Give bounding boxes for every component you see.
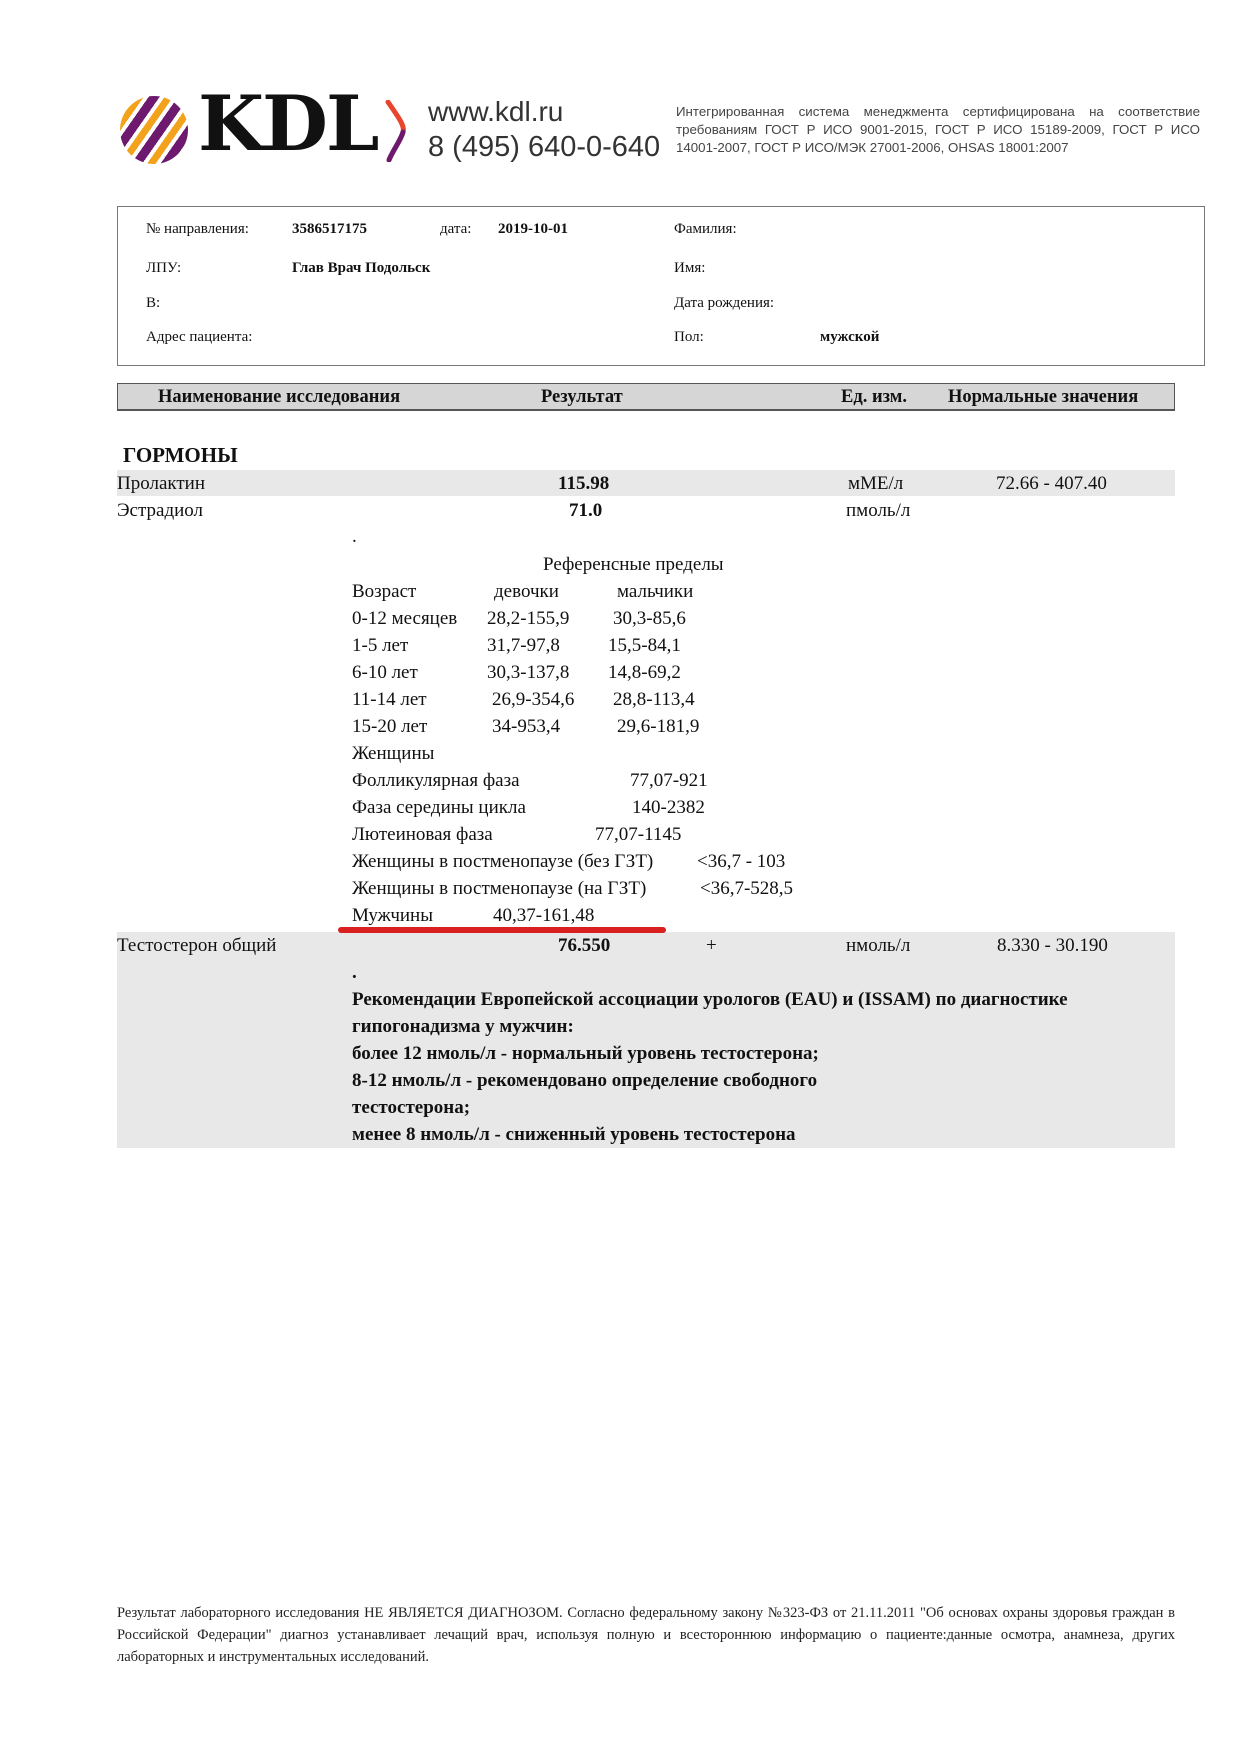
- surname-label: Фамилия:: [674, 222, 737, 237]
- lpu-value: Глав Врач Подольск: [292, 261, 430, 276]
- chevron-right-icon: [385, 100, 407, 162]
- section-title: ГОРМОНЫ: [123, 445, 238, 466]
- date-label: дата:: [440, 222, 471, 237]
- test-name: Эстрадиол: [117, 501, 203, 520]
- ref-age: 6-10 лет: [352, 663, 418, 682]
- referral-value: 3586517175: [292, 222, 367, 237]
- logo-text: KDL: [198, 86, 377, 162]
- ref-dot: .: [352, 527, 357, 546]
- ref-boys: 15,5-84,1: [608, 636, 681, 655]
- note-line: Рекомендации Европейской ассоциации урол…: [352, 990, 1068, 1009]
- certification-text: Интегрированная система менеджмента серт…: [676, 103, 1200, 157]
- ref-col-girls: девочки: [494, 582, 559, 601]
- ref-col-age: Возраст: [352, 582, 416, 601]
- kdl-logo-icon: [120, 96, 188, 164]
- ref-boys: 30,3-85,6: [613, 609, 686, 628]
- ref-col-boys: мальчики: [617, 582, 693, 601]
- ref-women-value: 77,07-921: [630, 771, 708, 790]
- ref-boys: 29,6-181,9: [617, 717, 699, 736]
- ref-age: 15-20 лет: [352, 717, 427, 736]
- table-row-testosterone: [117, 932, 1175, 1148]
- ref-age: 11-14 лет: [352, 690, 427, 709]
- test-range: 8.330 - 30.190: [997, 936, 1108, 955]
- footer-disclaimer: Результат лабораторного исследования НЕ …: [117, 1602, 1175, 1668]
- name-label: Имя:: [674, 261, 705, 276]
- test-result: 76.550: [558, 936, 610, 955]
- col-header-name: Наименование исследования: [158, 388, 400, 407]
- results-table-header: Наименование исследования Результат Ед. …: [117, 383, 1175, 411]
- ref-title: Референсные пределы: [543, 555, 724, 574]
- ref-girls: 34-953,4: [492, 717, 560, 736]
- test-name: Пролактин: [117, 474, 205, 493]
- col-header-result: Результат: [541, 388, 623, 407]
- sex-label: Пол:: [674, 330, 704, 345]
- test-unit: нмоль/л: [846, 936, 910, 955]
- ref-women-phase: Женщины в постменопаузе (без ГЗТ): [352, 852, 653, 871]
- ref-women-phase: Женщины в постменопаузе (на ГЗТ): [352, 879, 646, 898]
- test-result: 71.0: [569, 501, 602, 520]
- col-header-range: Нормальные значения: [948, 388, 1138, 407]
- ref-boys: 28,8-113,4: [613, 690, 695, 709]
- ref-women-phase: Лютеиновая фаза: [352, 825, 493, 844]
- note-dot: .: [352, 963, 357, 982]
- phone-number: 8 (495) 640-0-640: [428, 133, 660, 162]
- ref-women-value: 140-2382: [632, 798, 705, 817]
- test-range: 72.66 - 407.40: [996, 474, 1107, 493]
- test-result: 115.98: [558, 474, 609, 493]
- birthdate-label: Дата рождения:: [674, 296, 774, 311]
- ref-women-value: <36,7-528,5: [700, 879, 793, 898]
- ref-girls: 30,3-137,8: [487, 663, 569, 682]
- test-flag: +: [706, 936, 717, 955]
- col-header-unit: Ед. изм.: [841, 388, 907, 407]
- address-label: Адрес пациента:: [146, 330, 252, 345]
- v-label: В:: [146, 296, 160, 311]
- note-line: тестостерона;: [352, 1098, 470, 1117]
- ref-age: 0-12 месяцев: [352, 609, 457, 628]
- sex-value: мужской: [820, 330, 879, 345]
- lpu-label: ЛПУ:: [146, 261, 181, 276]
- ref-age: 1-5 лет: [352, 636, 408, 655]
- test-unit: пмоль/л: [846, 501, 910, 520]
- date-value: 2019-10-01: [498, 222, 568, 237]
- note-line: менее 8 нмоль/л - сниженный уровень тест…: [352, 1125, 796, 1144]
- note-line: более 12 нмоль/л - нормальный уровень те…: [352, 1044, 819, 1063]
- note-line: 8-12 нмоль/л - рекомендовано определение…: [352, 1071, 817, 1090]
- referral-label: № направления:: [146, 222, 249, 237]
- ref-women-value: <36,7 - 103: [697, 852, 785, 871]
- ref-girls: 28,2-155,9: [487, 609, 569, 628]
- patient-info-box: [117, 206, 1205, 366]
- ref-women-label: Женщины: [352, 744, 434, 763]
- ref-women-value: 77,07-1145: [595, 825, 681, 844]
- ref-women-phase: Фолликулярная фаза: [352, 771, 520, 790]
- website-link[interactable]: www.kdl.ru: [428, 98, 563, 126]
- ref-women-phase: Фаза середины цикла: [352, 798, 526, 817]
- ref-men-label: Мужчины: [352, 906, 433, 925]
- ref-boys: 14,8-69,2: [608, 663, 681, 682]
- ref-girls: 31,7-97,8: [487, 636, 560, 655]
- red-highlight-underline: [338, 927, 666, 933]
- note-line: гипогонадизма у мужчин:: [352, 1017, 574, 1036]
- ref-men-value: 40,37-161,48: [493, 906, 594, 925]
- test-name: Тестостерон общий: [117, 936, 276, 955]
- test-unit: мМЕ/л: [848, 474, 903, 493]
- ref-girls: 26,9-354,6: [492, 690, 574, 709]
